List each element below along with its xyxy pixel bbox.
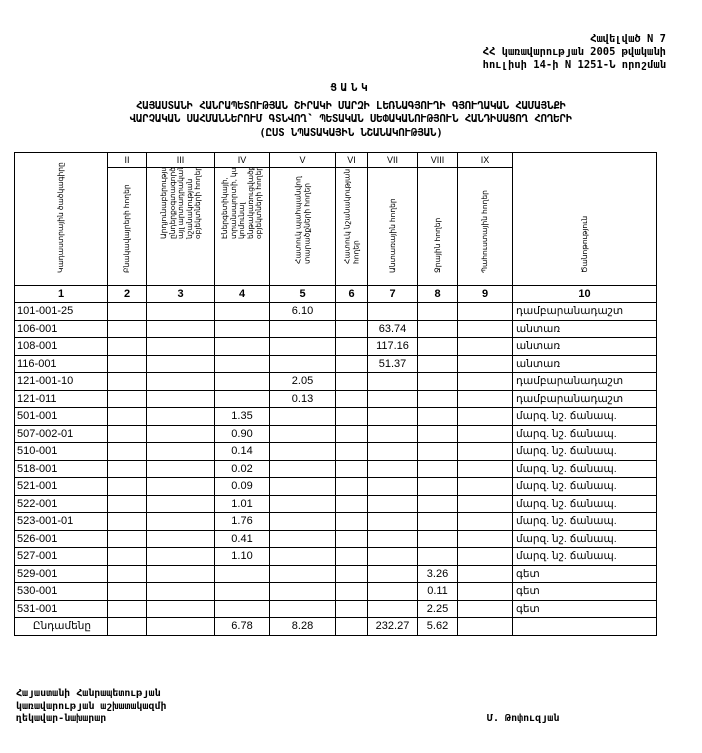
cadastral-code-cell: 108-001: [15, 338, 108, 356]
area-cell: [147, 478, 215, 496]
area-cell: [336, 478, 368, 496]
table-row: 507-002-010.90մարզ. նշ. ճանապ.: [15, 425, 657, 443]
col-number: 8: [418, 286, 458, 303]
area-cell: [458, 373, 513, 391]
area-cell: [418, 495, 458, 513]
area-cell: [336, 443, 368, 461]
area-cell: [368, 530, 418, 548]
note-cell: մարզ. նշ. ճանապ.: [513, 548, 657, 566]
header-cell: Անտառային հողեր: [368, 168, 418, 286]
note-cell: մարզ. նշ. ճանապ.: [513, 513, 657, 531]
cadastral-code-cell: 529-001: [15, 565, 108, 583]
area-cell: [336, 355, 368, 373]
cadastral-code-cell: Ընդամենը: [15, 618, 108, 636]
area-cell: 2.25: [418, 600, 458, 618]
area-cell: [418, 425, 458, 443]
area-cell: [418, 390, 458, 408]
area-cell: [215, 600, 270, 618]
area-cell: [336, 495, 368, 513]
area-cell: [215, 338, 270, 356]
table-row: 108-001117.16անտառ: [15, 338, 657, 356]
area-cell: [336, 338, 368, 356]
area-cell: [108, 390, 147, 408]
area-cell: [270, 443, 336, 461]
table-row: 121-0110.13դամբարանադաշտ: [15, 390, 657, 408]
area-cell: [458, 513, 513, 531]
roman-cell: IV: [215, 153, 270, 168]
area-cell: [147, 548, 215, 566]
header-cell: Հատուկ նշանակության հողեր: [336, 168, 368, 286]
roman-cell: II: [108, 153, 147, 168]
area-cell: [336, 600, 368, 618]
total-row: Ընդամենը6.788.28232.275.62: [15, 618, 657, 636]
signatory-title: Հայաստանի Հանրապետության կառավարության ա…: [16, 688, 167, 726]
area-cell: [108, 548, 147, 566]
area-cell: 63.74: [368, 320, 418, 338]
table-row: 529-0013.26գետ: [15, 565, 657, 583]
title-line-2: ՎԱՐՉԱԿԱՆ ՍԱՀՄԱՆՆԵՐՈՒՄ ԳՏՆՎՈՂ՝ ՊԵՏԱԿԱՆ ՍԵ…: [0, 113, 702, 127]
note-cell: գետ: [513, 583, 657, 601]
area-cell: [270, 320, 336, 338]
col-number: 6: [336, 286, 368, 303]
area-cell: [215, 373, 270, 391]
area-cell: 5.62: [418, 618, 458, 636]
area-cell: [336, 373, 368, 391]
area-cell: [147, 618, 215, 636]
title-list: ՑԱՆԿ: [0, 82, 702, 96]
area-cell: [270, 548, 336, 566]
area-cell: [458, 583, 513, 601]
cadastral-code-cell: 521-001: [15, 478, 108, 496]
area-cell: [368, 478, 418, 496]
document-title: ՑԱՆԿ ՀԱՅԱՍՏԱՆԻ ՀԱՆՐԱՊԵՏՈՒԹՅԱՆ ՇԻՐԱԿԻ ՄԱՐ…: [0, 82, 702, 140]
note-cell: դամբարանադաշտ: [513, 303, 657, 321]
area-cell: [336, 460, 368, 478]
area-cell: 3.26: [418, 565, 458, 583]
area-cell: [368, 495, 418, 513]
area-cell: [147, 338, 215, 356]
cadastral-code-cell: 531-001: [15, 600, 108, 618]
area-cell: [147, 355, 215, 373]
area-cell: [108, 408, 147, 426]
area-cell: [368, 600, 418, 618]
cadastral-code-cell: 510-001: [15, 443, 108, 461]
area-cell: [336, 618, 368, 636]
col-number: 4: [215, 286, 270, 303]
header-cell: Բնակավայրերի հողեր: [108, 168, 147, 286]
note-cell: մարզ. նշ. ճանապ.: [513, 460, 657, 478]
area-cell: [336, 548, 368, 566]
note-cell: մարզ. նշ. ճանապ.: [513, 495, 657, 513]
area-cell: [147, 530, 215, 548]
area-cell: [458, 495, 513, 513]
area-cell: [336, 425, 368, 443]
area-cell: [458, 303, 513, 321]
area-cell: 0.14: [215, 443, 270, 461]
area-cell: [368, 390, 418, 408]
area-cell: [270, 513, 336, 531]
area-cell: 2.05: [270, 373, 336, 391]
area-cell: [215, 303, 270, 321]
area-cell: [147, 425, 215, 443]
cadastral-code-cell: 501-001: [15, 408, 108, 426]
note-cell: դամբարանադաշտ: [513, 390, 657, 408]
area-cell: [270, 478, 336, 496]
area-cell: [368, 513, 418, 531]
note-cell: գետ: [513, 600, 657, 618]
area-cell: [108, 320, 147, 338]
signatory-line-1: Հայաստանի Հանրապետության: [16, 688, 167, 701]
area-cell: [147, 320, 215, 338]
area-cell: 1.35: [215, 408, 270, 426]
cadastral-code-cell: 526-001: [15, 530, 108, 548]
table-row: 527-0011.10մարզ. նշ. ճանապ.: [15, 548, 657, 566]
col-number: 5: [270, 286, 336, 303]
note-cell: մարզ. նշ. ճանապ.: [513, 530, 657, 548]
area-cell: [108, 303, 147, 321]
area-cell: [418, 338, 458, 356]
area-cell: 0.90: [215, 425, 270, 443]
area-cell: 117.16: [368, 338, 418, 356]
cadastral-code-cell: 527-001: [15, 548, 108, 566]
area-cell: [215, 565, 270, 583]
area-cell: [270, 565, 336, 583]
cadastral-code-cell: 121-011: [15, 390, 108, 408]
annex-number: Հավելված N 7: [483, 33, 666, 46]
area-cell: [147, 408, 215, 426]
area-cell: [368, 583, 418, 601]
signatory-name: Մ. Թոփուզյան: [487, 713, 559, 724]
roman-cell: VII: [368, 153, 418, 168]
area-cell: [336, 303, 368, 321]
cadastral-code-cell: 507-002-01: [15, 425, 108, 443]
area-cell: [418, 530, 458, 548]
area-cell: [458, 530, 513, 548]
area-cell: [418, 303, 458, 321]
area-cell: [336, 320, 368, 338]
table-row: 526-0010.41մարզ. նշ. ճանապ.: [15, 530, 657, 548]
col-number: 1: [15, 286, 108, 303]
area-cell: [108, 583, 147, 601]
note-cell: [513, 618, 657, 636]
area-cell: 232.27: [368, 618, 418, 636]
header-cell: Ծանոթություն: [513, 153, 657, 286]
area-cell: [270, 408, 336, 426]
cadastral-code-cell: 121-001-10: [15, 373, 108, 391]
col-number: 2: [108, 286, 147, 303]
area-cell: 0.11: [418, 583, 458, 601]
area-cell: [270, 530, 336, 548]
area-cell: [147, 460, 215, 478]
col-number: 9: [458, 286, 513, 303]
table-row: 522-0011.01մարզ. նշ. ճանապ.: [15, 495, 657, 513]
area-cell: [458, 425, 513, 443]
col-number: 10: [513, 286, 657, 303]
note-cell: մարզ. նշ. ճանապ.: [513, 478, 657, 496]
area-cell: [458, 478, 513, 496]
area-cell: 1.76: [215, 513, 270, 531]
area-cell: [215, 390, 270, 408]
header-cell: Հատուկ պահպանվող տարածքների հողեր: [270, 168, 336, 286]
area-cell: 0.41: [215, 530, 270, 548]
col-number: 3: [147, 286, 215, 303]
area-cell: [108, 443, 147, 461]
area-cell: [458, 443, 513, 461]
header-cell: Ջրային հողեր: [418, 168, 458, 286]
decision-line: ՀՀ կառավարության 2005 թվականի: [483, 46, 666, 59]
area-cell: [108, 513, 147, 531]
signatory-line-2: կառավարության աշխատակազմի: [16, 701, 167, 714]
area-cell: [458, 600, 513, 618]
area-cell: [418, 443, 458, 461]
area-cell: [458, 460, 513, 478]
area-cell: [418, 513, 458, 531]
area-cell: [418, 355, 458, 373]
note-cell: անտառ: [513, 320, 657, 338]
note-cell: մարզ. նշ. ճանապ.: [513, 443, 657, 461]
area-cell: [270, 600, 336, 618]
cadastral-code-cell: 530-001: [15, 583, 108, 601]
area-cell: [108, 425, 147, 443]
area-cell: [336, 530, 368, 548]
area-cell: [458, 565, 513, 583]
header-cell: Արդյունաբերության, ընդերքօգտագործման և ա…: [147, 168, 215, 286]
header-note: Ծանոթություն: [580, 161, 589, 273]
area-cell: [270, 495, 336, 513]
cadastral-code-cell: 523-001-01: [15, 513, 108, 531]
header-code: Կադաստրային ծածկագիրը: [57, 161, 66, 273]
table-row: 121-001-102.05դամբարանադաշտ: [15, 373, 657, 391]
title-line-3: (ԸՍՏ ՆՊԱՏԱԿԱՅԻՆ ՆՇԱՆԱԿՈՒԹՅԱՆ): [0, 127, 702, 141]
column-number-row: 1 2 3 4 5 6 7 8 9 10: [15, 286, 657, 303]
area-cell: 0.02: [215, 460, 270, 478]
cadastral-code-cell: 101-001-25: [15, 303, 108, 321]
area-cell: [458, 408, 513, 426]
note-cell: մարզ. նշ. ճանապ.: [513, 425, 657, 443]
table-row: 531-0012.25գետ: [15, 600, 657, 618]
area-cell: [215, 355, 270, 373]
area-cell: [147, 600, 215, 618]
col-number: 7: [368, 286, 418, 303]
cadastral-code-cell: 518-001: [15, 460, 108, 478]
table-row: 523-001-011.76մարզ. նշ. ճանապ.: [15, 513, 657, 531]
area-cell: [108, 373, 147, 391]
area-cell: [336, 583, 368, 601]
area-cell: [458, 548, 513, 566]
header-cell: Պահուստային հողեր: [458, 168, 513, 286]
signatory-line-3: ղեկավար-նախարար: [16, 713, 167, 726]
annex-reference: Հավելված N 7 ՀՀ կառավարության 2005 թվակա…: [483, 33, 666, 72]
note-cell: անտառ: [513, 355, 657, 373]
decision-date: հուլիսի 14-ի N 1251-Ն որոշման: [483, 59, 666, 72]
area-cell: [368, 443, 418, 461]
area-cell: [108, 530, 147, 548]
note-cell: գետ: [513, 565, 657, 583]
area-cell: [108, 565, 147, 583]
area-cell: [368, 425, 418, 443]
roman-row: Կադաստրային ծածկագիրը II III IV V VI VII…: [15, 153, 657, 168]
area-cell: [418, 548, 458, 566]
area-cell: 51.37: [368, 355, 418, 373]
area-cell: [336, 408, 368, 426]
area-cell: [215, 320, 270, 338]
area-cell: 6.78: [215, 618, 270, 636]
area-cell: [418, 373, 458, 391]
roman-cell: VIII: [418, 153, 458, 168]
area-cell: [270, 425, 336, 443]
area-cell: [147, 303, 215, 321]
area-cell: [368, 460, 418, 478]
area-cell: [368, 548, 418, 566]
area-cell: [418, 408, 458, 426]
area-cell: 8.28: [270, 618, 336, 636]
area-cell: [108, 460, 147, 478]
roman-cell: VI: [336, 153, 368, 168]
area-cell: [108, 600, 147, 618]
area-cell: [270, 583, 336, 601]
table-row: 521-0010.09մարզ. նշ. ճանապ.: [15, 478, 657, 496]
area-cell: [270, 338, 336, 356]
table-row: 106-00163.74անտառ: [15, 320, 657, 338]
area-cell: 6.10: [270, 303, 336, 321]
table-row: 530-0010.11գետ: [15, 583, 657, 601]
note-cell: մարզ. նշ. ճանապ.: [513, 408, 657, 426]
table-row: 101-001-256.10դամբարանադաշտ: [15, 303, 657, 321]
roman-cell: III: [147, 153, 215, 168]
area-cell: [108, 355, 147, 373]
table-row: 510-0010.14մարզ. նշ. ճանապ.: [15, 443, 657, 461]
area-cell: [147, 565, 215, 583]
title-line-1: ՀԱՅԱՍՏԱՆԻ ՀԱՆՐԱՊԵՏՈՒԹՅԱՆ ՇԻՐԱԿԻ ՄԱՐԶԻ ԼԵ…: [0, 100, 702, 114]
area-cell: [147, 583, 215, 601]
land-table: Կադաստրային ծածկագիրը II III IV V VI VII…: [14, 152, 657, 636]
area-cell: [147, 513, 215, 531]
roman-cell: IX: [458, 153, 513, 168]
area-cell: [108, 478, 147, 496]
note-cell: դամբարանադաշտ: [513, 373, 657, 391]
area-cell: [336, 565, 368, 583]
header-cell: Կադաստրային ծածկագիրը: [15, 153, 108, 286]
area-cell: [147, 443, 215, 461]
area-cell: 0.13: [270, 390, 336, 408]
area-cell: [418, 460, 458, 478]
cadastral-code-cell: 522-001: [15, 495, 108, 513]
area-cell: [108, 338, 147, 356]
table-row: 518-0010.02մարզ. նշ. ճանապ.: [15, 460, 657, 478]
area-cell: [270, 460, 336, 478]
area-cell: [147, 390, 215, 408]
area-cell: [418, 478, 458, 496]
cadastral-code-cell: 106-001: [15, 320, 108, 338]
area-cell: 0.09: [215, 478, 270, 496]
note-cell: անտառ: [513, 338, 657, 356]
area-cell: [458, 355, 513, 373]
table-row: 116-00151.37անտառ: [15, 355, 657, 373]
area-cell: [215, 583, 270, 601]
area-cell: [368, 408, 418, 426]
area-cell: 1.10: [215, 548, 270, 566]
cadastral-code-cell: 116-001: [15, 355, 108, 373]
area-cell: [147, 373, 215, 391]
area-cell: [458, 618, 513, 636]
area-cell: [368, 565, 418, 583]
roman-cell: V: [270, 153, 336, 168]
table-row: 501-0011.35մարզ. նշ. ճանապ.: [15, 408, 657, 426]
area-cell: [108, 495, 147, 513]
area-cell: [458, 390, 513, 408]
area-cell: [418, 320, 458, 338]
area-cell: [336, 513, 368, 531]
area-cell: [458, 320, 513, 338]
area-cell: [147, 495, 215, 513]
area-cell: [336, 390, 368, 408]
table-body: 101-001-256.10դամբարանադաշտ106-00163.74ա…: [15, 303, 657, 636]
area-cell: [270, 355, 336, 373]
area-cell: [368, 373, 418, 391]
area-cell: [458, 338, 513, 356]
area-cell: [368, 303, 418, 321]
header-cell: Էներգետիկայի, տրանսպորտի, կապի և կոմունա…: [215, 168, 270, 286]
area-cell: 1.01: [215, 495, 270, 513]
area-cell: [108, 618, 147, 636]
